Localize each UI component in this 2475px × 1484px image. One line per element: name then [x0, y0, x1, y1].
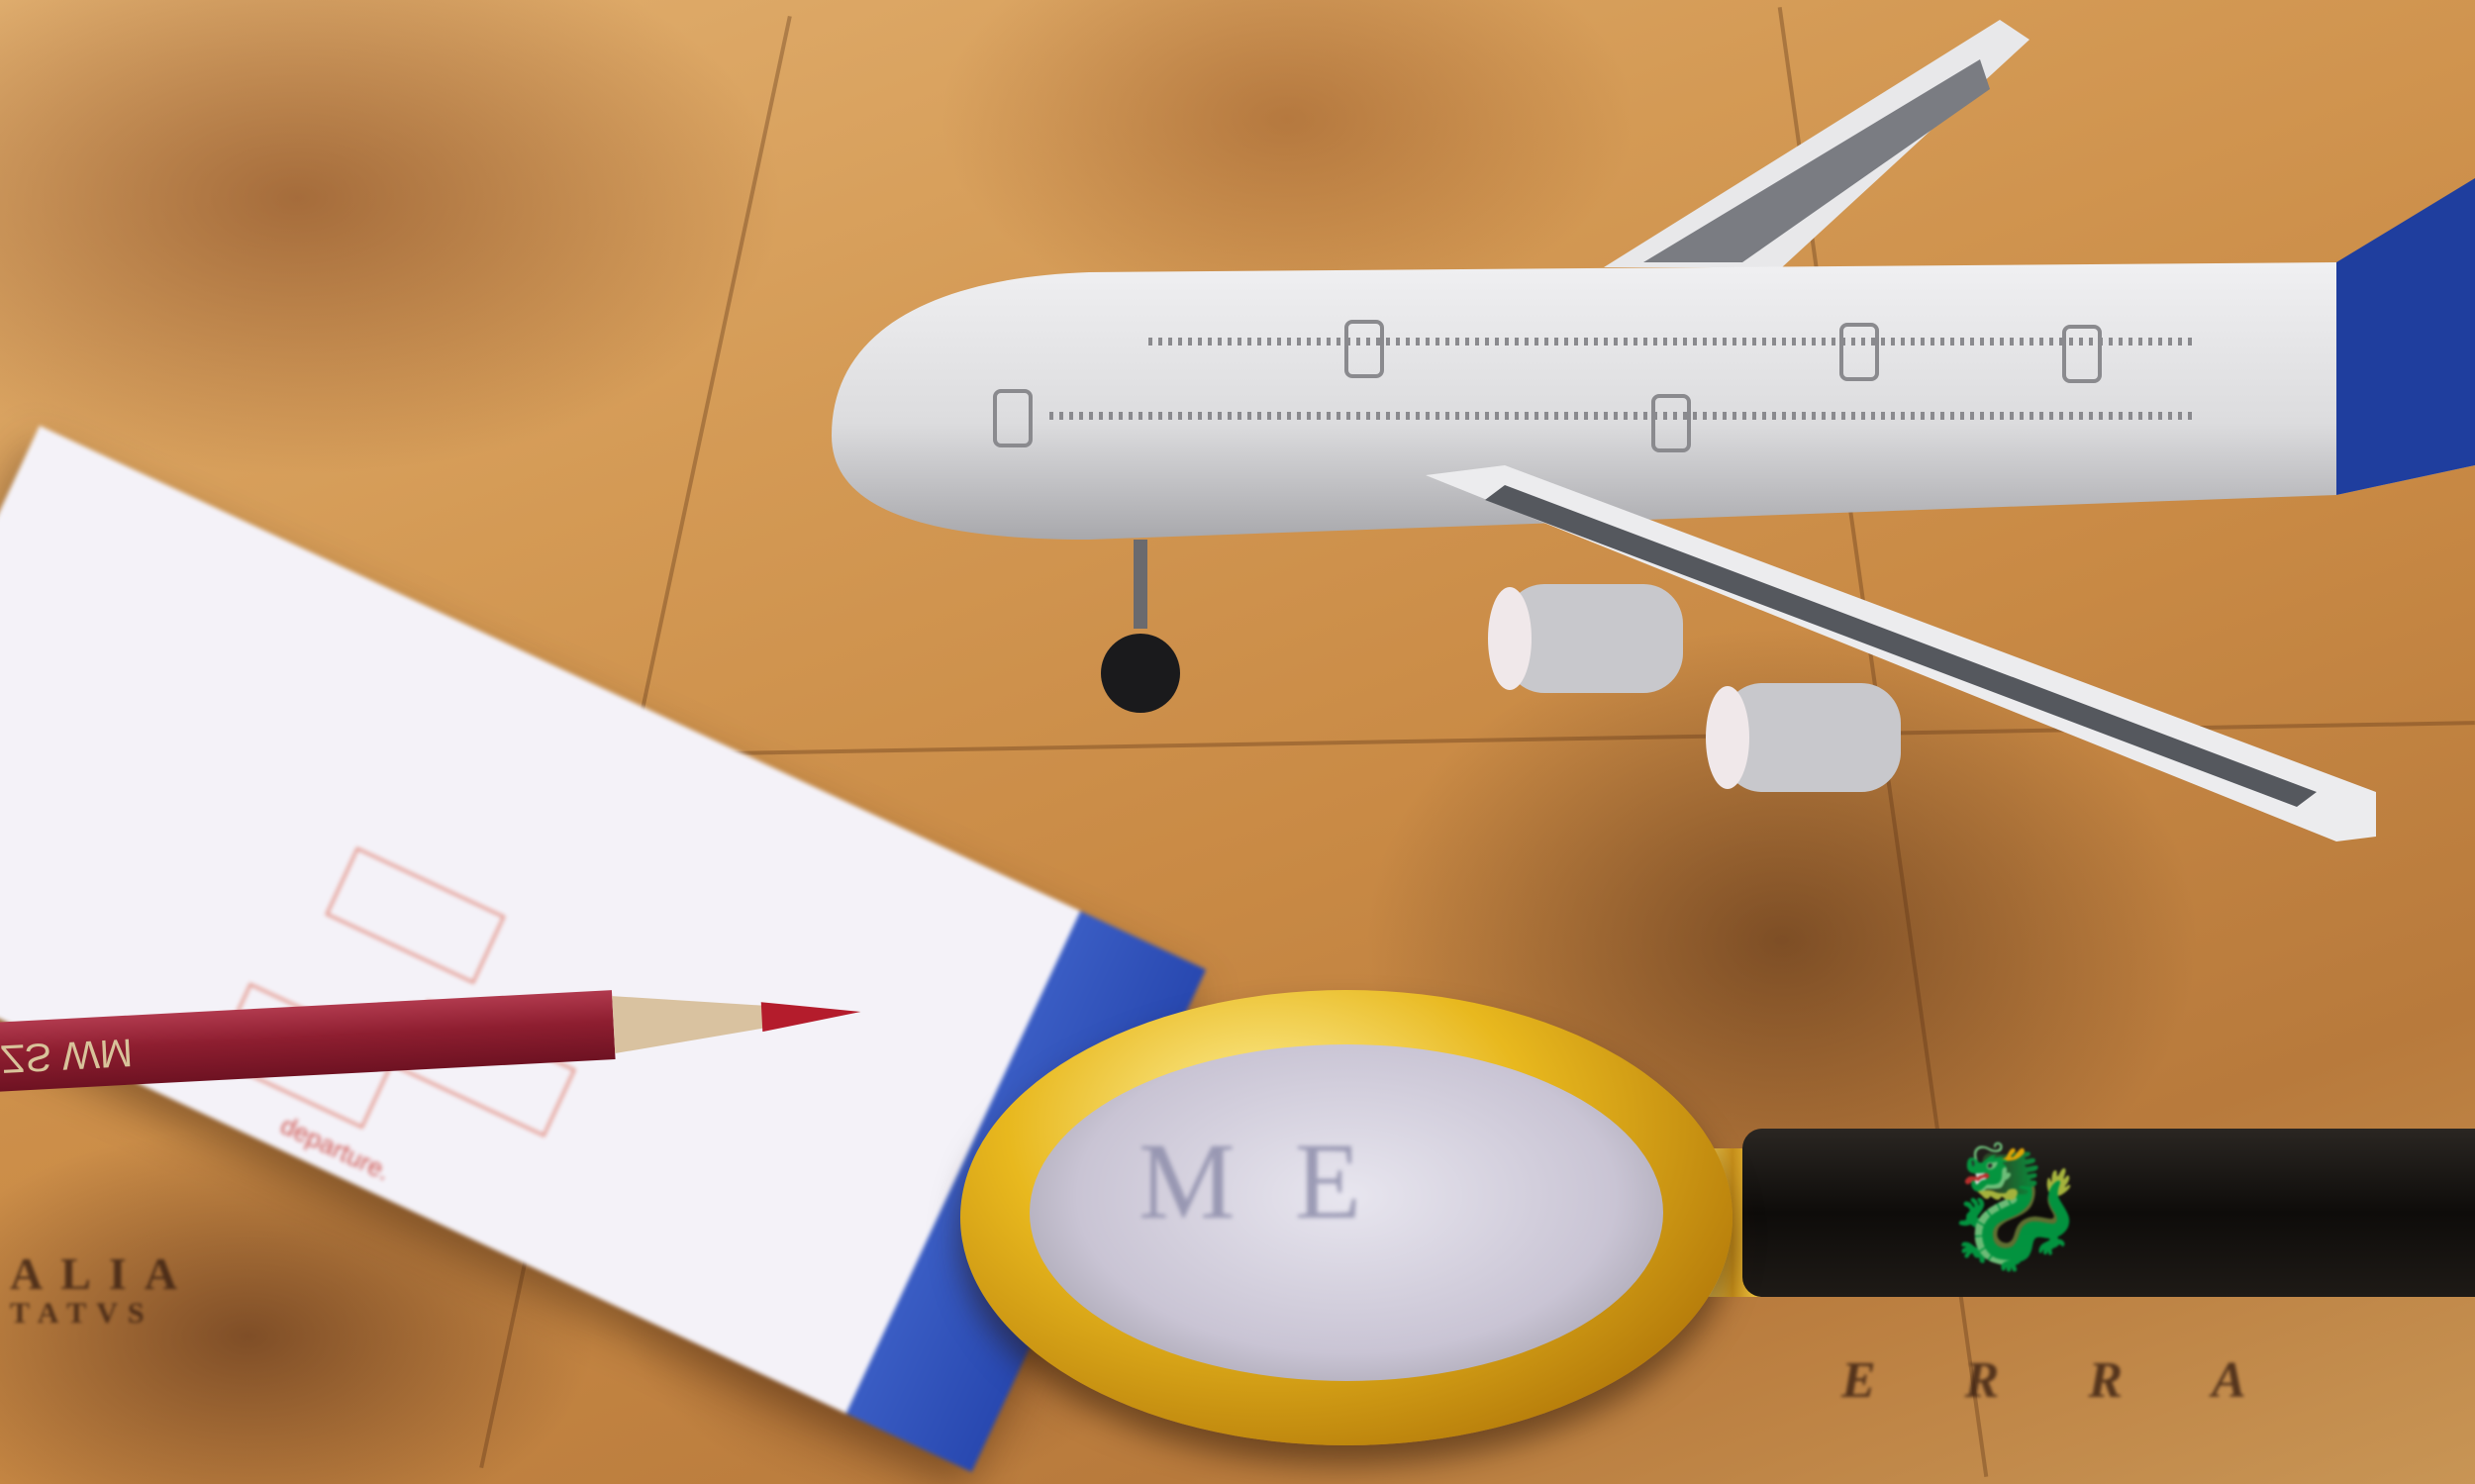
- magnifier-handle: 🐉: [1742, 1129, 2475, 1297]
- ticket-field-box: [325, 846, 506, 984]
- map-label-alia: ALIA: [10, 1247, 195, 1300]
- dragon-decoration-icon: 🐉: [1940, 1138, 2088, 1277]
- ticket-footer-text: departure.: [275, 1110, 395, 1187]
- map-label-tatvs: TATVS: [10, 1297, 154, 1331]
- pencil-lead: [761, 997, 861, 1032]
- magnifying-glass: ME: [960, 990, 1752, 1455]
- magnified-map-text: ME: [1138, 1119, 1421, 1244]
- map-label-erra: ERRA: [1841, 1351, 2335, 1410]
- model-airplane: [792, 0, 2475, 871]
- photo-scene: ALIA TATVS ERRA 20:30 departure.: [0, 0, 2475, 1484]
- pencil-brand-label: ZS WM: [0, 1030, 134, 1081]
